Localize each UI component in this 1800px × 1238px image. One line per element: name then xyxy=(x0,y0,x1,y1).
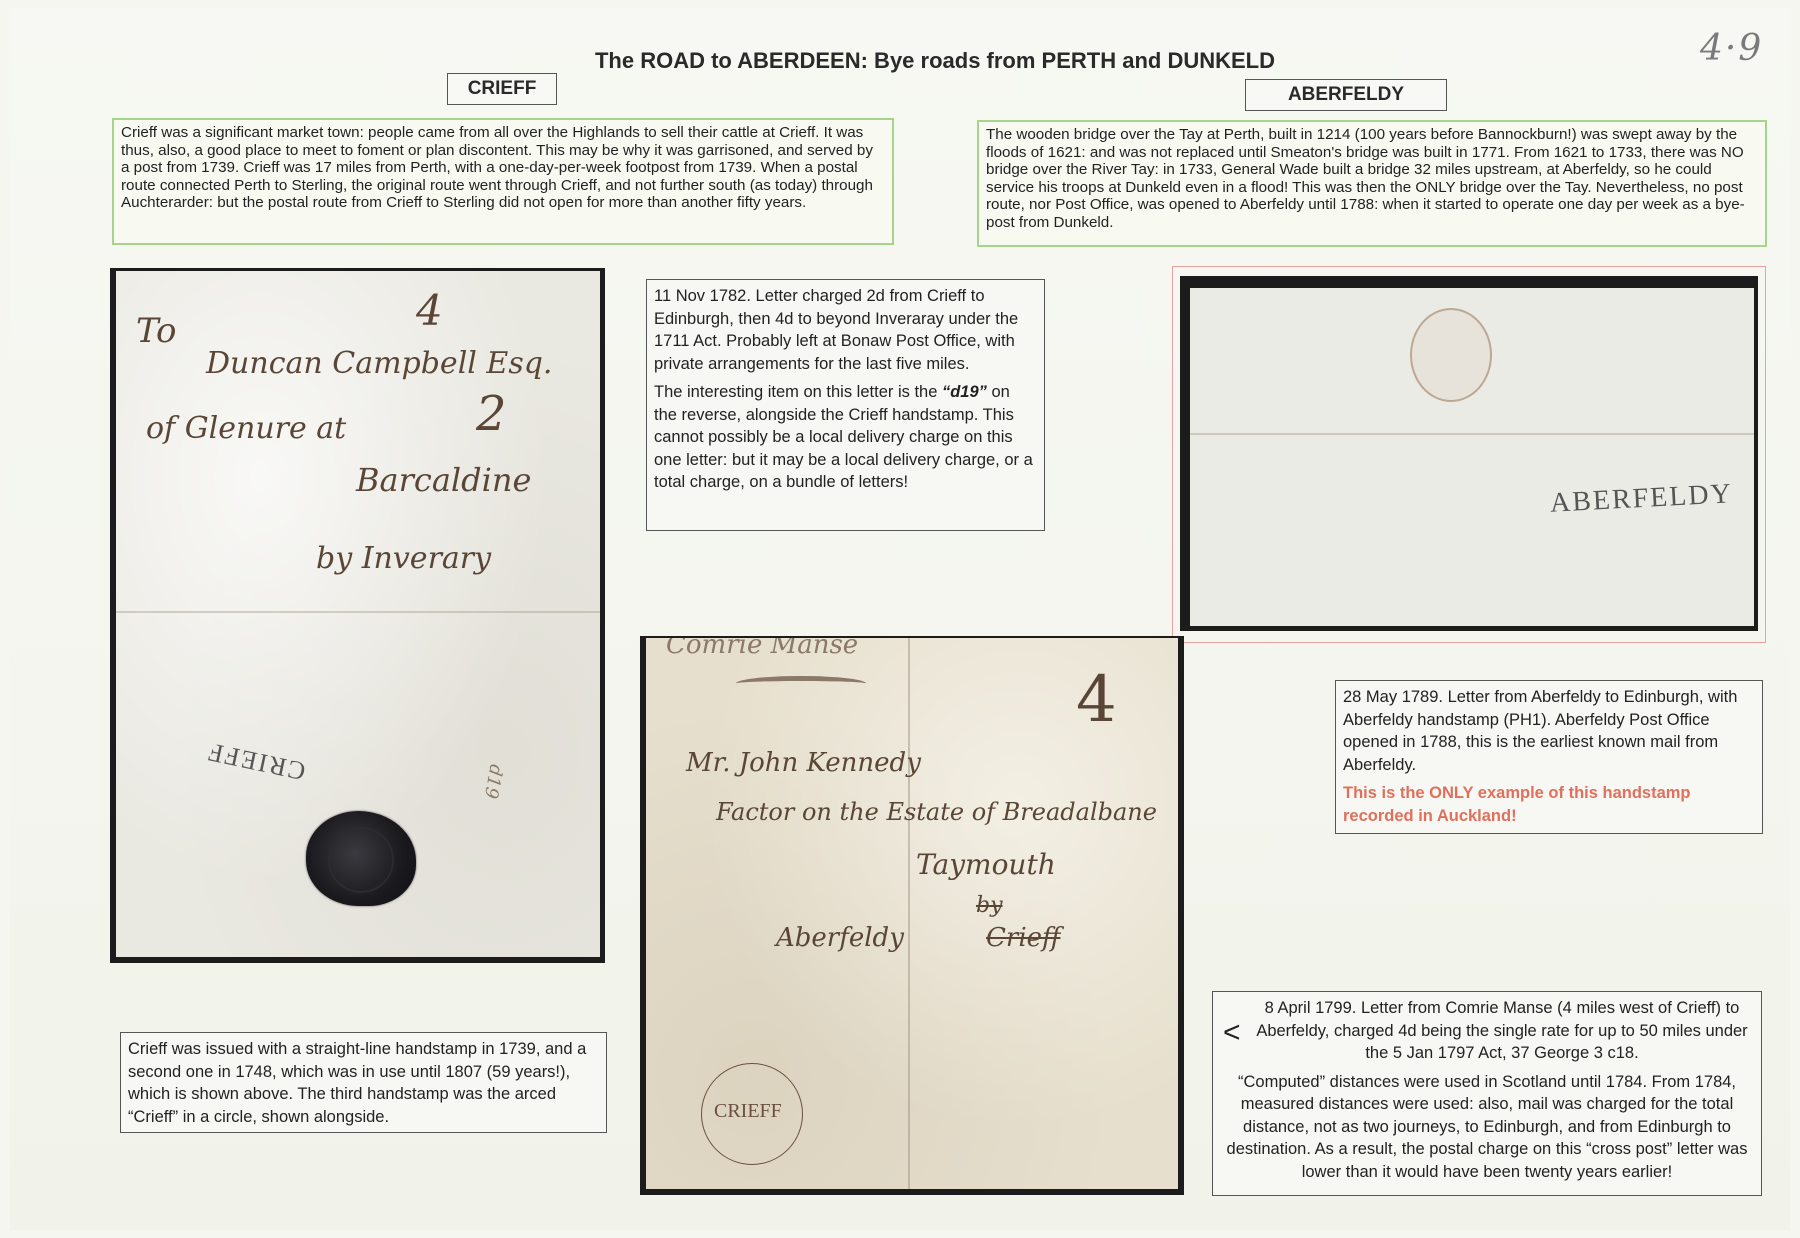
section-label-text: CRIEFF xyxy=(468,78,537,99)
address-line: Duncan Campbell Esq. xyxy=(206,346,552,381)
note-crieff-handstamps: Crieff was issued with a straight-line h… xyxy=(120,1032,607,1133)
fold-line xyxy=(1190,433,1754,435)
fold-line xyxy=(116,611,600,613)
page-number: 4·9 xyxy=(1700,28,1763,69)
section-label-aberfeldy: ABERFELDY xyxy=(1245,79,1447,111)
note-paragraph: 11 Nov 1782. Letter charged 2d from Crie… xyxy=(654,285,1037,375)
address-line: by xyxy=(976,893,1003,918)
aberfeldy-handstamp: ABERFELDY xyxy=(1549,478,1733,520)
page-title: The ROAD to ABERDEEN: Bye roads from PER… xyxy=(585,48,1285,74)
address-line: Barcaldine xyxy=(356,461,531,499)
underline-stroke xyxy=(736,676,866,691)
note-apr-1799: < 8 April 1799. Letter from Comrie Manse… xyxy=(1212,991,1762,1196)
note-paragraph: “Computed” distances were used in Scotla… xyxy=(1223,1071,1751,1184)
wax-seal xyxy=(306,811,416,906)
rate-mark: 4 xyxy=(416,286,443,335)
address-line: Taymouth xyxy=(916,848,1056,881)
letter-campbell: To 4 Duncan Campbell Esq. of Glenure at … xyxy=(116,271,600,957)
address-line: of Glenure at xyxy=(146,411,346,446)
fold-line xyxy=(908,638,910,1189)
address-line: Mr. John Kennedy xyxy=(686,748,921,778)
origin-line: Comrie Manse xyxy=(666,638,858,660)
rate-mark: 4 xyxy=(1076,663,1117,737)
d19-emphasis: “d19” xyxy=(942,383,987,401)
letter-kennedy: Comrie Manse 4 Mr. John Kennedy Factor o… xyxy=(646,638,1178,1189)
rate-mark: 2 xyxy=(476,386,507,442)
seal-impression xyxy=(328,827,394,893)
note-may-1789: 28 May 1789. Letter from Aberfeldy to Ed… xyxy=(1335,680,1763,834)
destination-line: Aberfeldy xyxy=(776,923,904,953)
d19-mark: d19 xyxy=(480,763,507,801)
address-line: Crieff xyxy=(986,923,1060,953)
section-label-crieff: CRIEFF xyxy=(447,73,557,105)
note-nov-1782: 11 Nov 1782. Letter charged 2d from Crie… xyxy=(646,279,1045,531)
letter-aberfeldy: ABERFELDY xyxy=(1190,288,1754,626)
left-arrow-icon: < xyxy=(1223,1022,1241,1045)
note-text: The interesting item on this letter is t… xyxy=(654,383,942,401)
crieff-straight-line-handstamp: CRIEFF xyxy=(204,736,308,786)
album-page: The ROAD to ABERDEEN: Bye roads from PER… xyxy=(10,8,1790,1230)
section-label-text: ABERFELDY xyxy=(1288,84,1404,105)
note-paragraph: The interesting item on this letter is t… xyxy=(654,381,1037,494)
crieff-circular-handstamp: CRIEFF xyxy=(701,1063,803,1165)
aberfeldy-intro-box: The wooden bridge over the Tay at Perth,… xyxy=(977,120,1767,247)
wafer-seal-mark xyxy=(1410,308,1492,402)
note-paragraph: 8 April 1799. Letter from Comrie Manse (… xyxy=(1223,997,1751,1065)
crieff-intro-box: Crieff was a significant market town: pe… xyxy=(112,118,894,245)
note-text: Crieff was issued with a straight-line h… xyxy=(128,1040,586,1126)
note-highlight: This is the ONLY example of this handsta… xyxy=(1343,782,1755,827)
circular-stamp-text: CRIEFF xyxy=(714,1100,782,1123)
address-line: To xyxy=(136,311,177,351)
address-line: Factor on the Estate of Breadalbane xyxy=(716,798,1157,826)
crieff-intro-text: Crieff was a significant market town: pe… xyxy=(121,124,873,211)
aberfeldy-intro-text: The wooden bridge over the Tay at Perth,… xyxy=(986,126,1745,231)
note-paragraph: 28 May 1789. Letter from Aberfeldy to Ed… xyxy=(1343,686,1755,776)
address-line: by Inverary xyxy=(316,541,491,576)
